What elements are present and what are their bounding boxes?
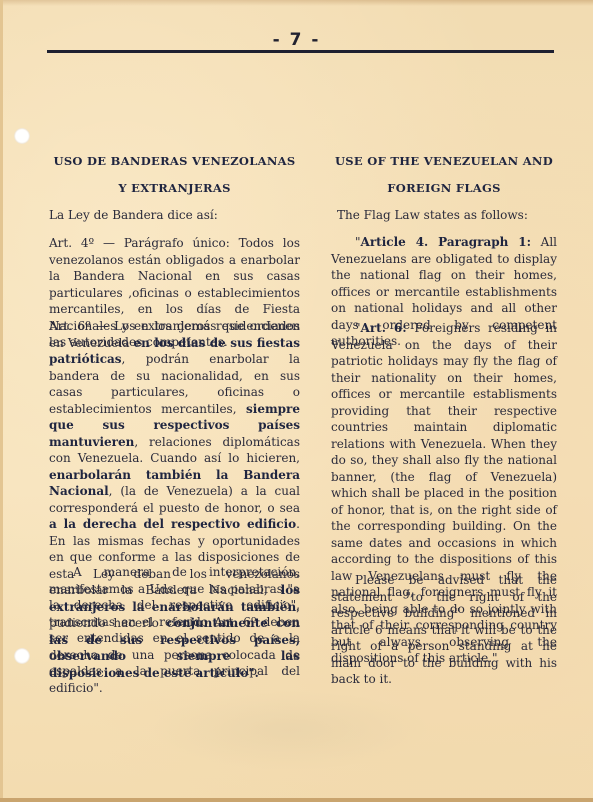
english-heading-line1: USE OF THE VENEZUELAN AND (331, 153, 557, 170)
page-edge (0, 798, 593, 802)
document-page: - 7 - USO DE BANDERAS VENEZOLANAS Y EXTR… (0, 0, 593, 802)
punch-hole-icon (14, 128, 30, 144)
spanish-interpretation: A manera de interpretación, manifestamos… (49, 564, 300, 696)
english-intro: The Flag Law states as follows: (331, 207, 563, 224)
bold-run: a la derecha del respectivo edificio (49, 517, 296, 531)
bold-run: Art. 6: (361, 321, 407, 335)
page-edge (0, 0, 3, 802)
bleed-through-image (150, 690, 430, 770)
header-rule (47, 50, 554, 53)
english-interpretation: Please be advised that the statement "to… (331, 572, 557, 688)
english-heading-line2: FOREIGN FLAGS (331, 180, 557, 197)
spanish-intro: La Ley de Bandera dice así: (49, 207, 300, 224)
punch-hole-icon (14, 648, 30, 664)
bold-run: Article 4. Paragraph 1: (361, 235, 532, 249)
spanish-heading-line1: USO DE BANDERAS VENEZOLANAS (49, 153, 300, 170)
page-number: - 7 - (0, 30, 593, 50)
spanish-heading-line2: Y EXTRANJERAS (49, 180, 300, 197)
